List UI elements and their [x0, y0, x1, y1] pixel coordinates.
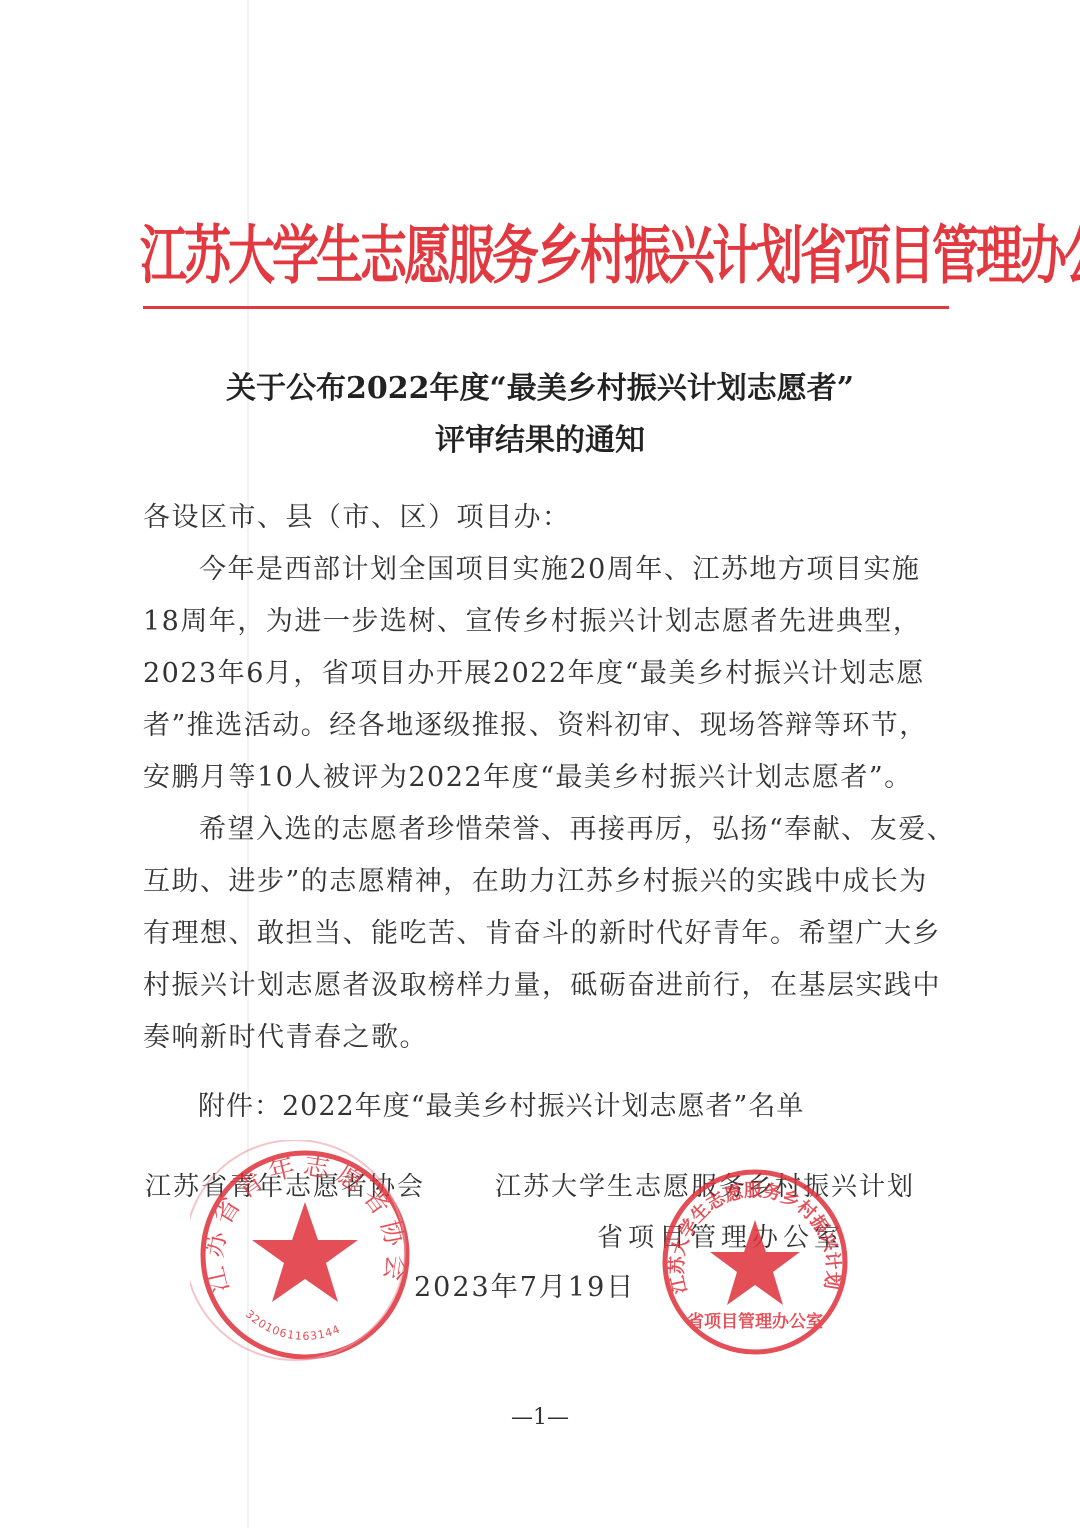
paragraph-1-line: 者”推选活动。经各地逐级推报、资料初审、现场答辩等环节， — [143, 700, 943, 752]
paragraph-2-line: 有理想、敢担当、能吃苦、肯奋斗的新时代好青年。希望广大乡 — [143, 908, 943, 960]
seal-right-bottom-text: 省项目管理办公室 — [687, 1311, 823, 1332]
letterhead: 江苏大学生志愿服务乡村振兴计划省项目管理办公室 — [140, 206, 950, 296]
paragraph-1-line: 18周年，为进一步选树、宣传乡村振兴计划志愿者先进典型， — [143, 596, 943, 648]
letterhead-rule — [143, 306, 949, 309]
paragraph-1-line: 2023年6月，省项目办开展2022年度“最美乡村振兴计划志愿 — [143, 648, 943, 700]
paragraph-2-line: 希望入选的志愿者珍惜荣誉、再接再厉，弘扬“奉献、友爱、 — [143, 804, 943, 856]
seal-left-code: 3201061163144 — [243, 1308, 343, 1343]
signatory-right-line-2: 省项目管理办公室 — [597, 1217, 845, 1254]
signatory-left: 江苏省青年志愿者协会 — [145, 1166, 425, 1203]
svg-text:3201061163144: 3201061163144 — [243, 1308, 343, 1343]
document-title-line-1: 关于公布2022年度“最美乡村振兴计划志愿者” — [100, 363, 980, 407]
paragraph-2-line: 奏响新时代青春之歌。 — [143, 1012, 943, 1064]
paragraph-2-line: 村振兴计划志愿者汲取榜样力量，砥砺奋进前行，在基层实践中 — [143, 960, 943, 1012]
page-number: —1— — [500, 1405, 580, 1430]
signatory-right-line-1: 江苏大学生志愿服务乡村振兴计划 — [495, 1166, 915, 1203]
salutation: 各设区市、县（市、区）项目办： — [143, 492, 943, 544]
paragraph-1-line: 今年是西部计划全国项目实施20周年、江苏地方项目实施 — [143, 544, 943, 596]
paragraph-1-line: 安鹏月等10人被评为2022年度“最美乡村振兴计划志愿者”。 — [143, 752, 943, 804]
document-body: 各设区市、县（市、区）项目办： 今年是西部计划全国项目实施20周年、江苏地方项目… — [143, 492, 943, 1064]
paragraph-2-line: 互助、进步”的志愿精神，在助力江苏乡村振兴的实践中成长为 — [143, 856, 943, 908]
document-title-line-2: 评审结果的通知 — [100, 415, 980, 459]
issue-date: 2023年7月19日 — [414, 1265, 635, 1304]
attachment-note: 附件：2022年度“最美乡村振兴计划志愿者”名单 — [198, 1084, 804, 1123]
